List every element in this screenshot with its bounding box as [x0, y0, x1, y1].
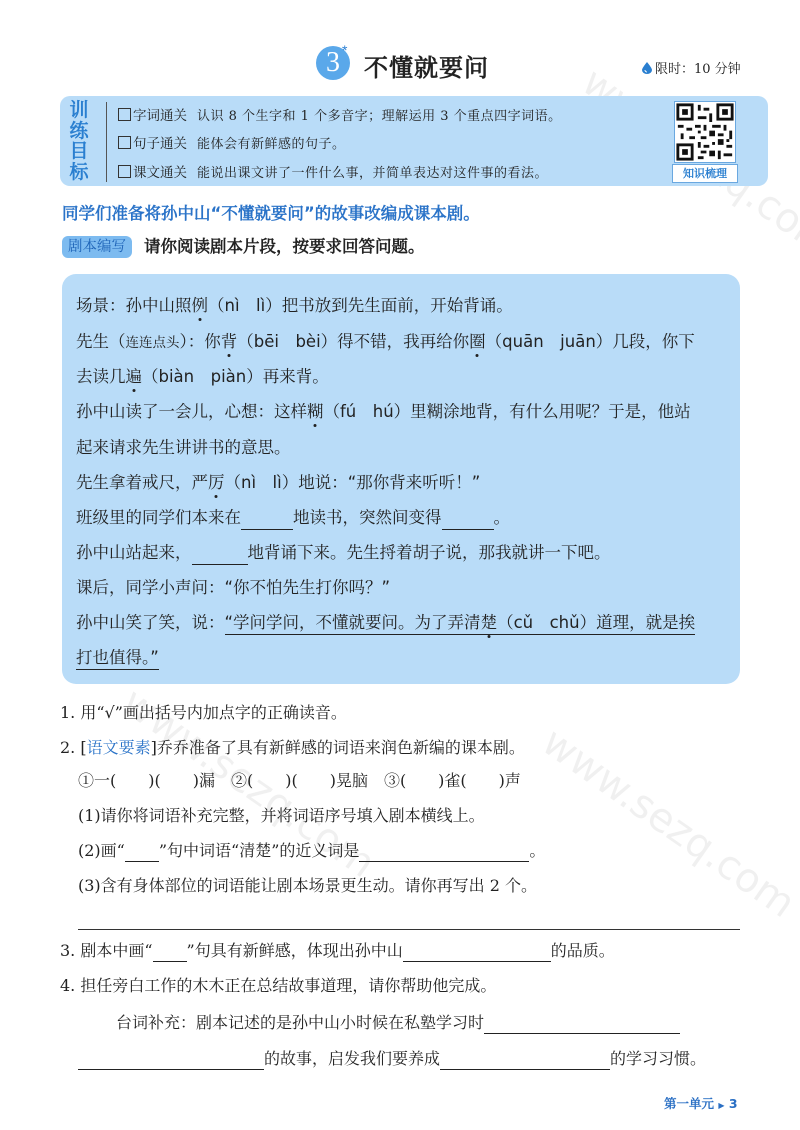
- question-2-1: (1)请你将词语补充完整，并将词语序号填入剧本横线上。: [78, 805, 485, 827]
- objectives-divider: [106, 102, 107, 182]
- objectives-label: 训 练 目 标: [68, 100, 90, 182]
- script-line: 去读几遍（biàn piàn）再来背。: [76, 365, 329, 389]
- answer-blank[interactable]: [241, 511, 293, 530]
- question-2: 2. [语文要素]乔乔准备了具有新鲜感的词语来润色新编的课本剧。: [60, 737, 525, 759]
- text: （quān juān）几段，你下: [486, 332, 695, 351]
- objective-desc: 能说出课文讲了一件什么事，并简单表达对这件事的看法。: [197, 162, 548, 181]
- time-limit-label: 限时：10 分钟: [655, 58, 741, 77]
- answer-blank[interactable]: [440, 1051, 610, 1070]
- text: ”句具有新鲜感，体现出孙中山: [187, 941, 403, 960]
- stage-direction: 连连点头: [126, 335, 180, 351]
- objective-item-text: 课文通关 能说出课文讲了一件什么事，并简单表达对这件事的看法。: [118, 161, 548, 181]
- checkbox[interactable]: [118, 165, 131, 178]
- script-line: 孙中山读了一会儿，心想：这样糊（fú hú）里糊涂地背，有什么用呢？于是，他站: [76, 400, 691, 424]
- dotted-char: 楚: [481, 613, 498, 632]
- qr-code[interactable]: [674, 101, 736, 163]
- question-2-3: (3)含有身体部位的词语能让剧本场景更生动。请你再写出 2 个。: [78, 875, 537, 897]
- text: 孙中山站起来，: [76, 543, 192, 562]
- objective-item-sentences: 句子通关 能体会有新鲜感的句子。: [118, 132, 346, 152]
- text: 。: [494, 508, 511, 527]
- script-line: 先生拿着戒尺，严厉（nì lì）地说：“那你背来听听！”: [76, 471, 480, 495]
- underlined-sentence: 打也值得。”: [76, 648, 159, 670]
- objectives-label-char: 练: [68, 121, 90, 142]
- text: （nì lì）把书放到先生面前，开始背诵。: [208, 296, 513, 315]
- qr-label: 知识梳理: [672, 164, 738, 183]
- objective-item-words: 字词通关 认识 8 个生字和 1 个多音字；理解运用 3 个重点四字词语。: [118, 104, 562, 124]
- qr-code-icon: [675, 102, 735, 162]
- answer-line[interactable]: [78, 929, 740, 930]
- script-line: 课后，同学小声问：“你不怕先生打你吗？”: [76, 576, 390, 600]
- text: 地读书，突然间变得: [293, 508, 442, 527]
- answer-blank[interactable]: [78, 1051, 264, 1070]
- triangle-right-icon: ▶: [718, 1101, 724, 1110]
- text: 。: [529, 841, 545, 860]
- lesson-star-mark: *: [342, 42, 347, 58]
- answer-blank[interactable]: [125, 843, 159, 862]
- objective-tag: 句子通关: [133, 132, 187, 152]
- script-line: 孙中山笑了笑，说：“学问学问，不懂就要问。为了弄清楚（cǔ chǔ）道理，就是挨: [76, 611, 695, 635]
- text: （fú hú）里糊涂地背，有什么用呢？于是，他站: [324, 402, 691, 421]
- question-4: 4. 担任旁白工作的木木正在总结故事道理，请你帮助他完成。: [60, 975, 496, 997]
- script-line: 先生（连连点头）：你背（bēi bèi）得不错，我再给你圈（quān juān）…: [76, 330, 695, 355]
- text: ）：你: [180, 332, 221, 351]
- objective-tag: 字词通关: [133, 104, 187, 124]
- dotted-char: 圈: [469, 332, 486, 351]
- text: 2. [: [60, 738, 87, 757]
- underlined-sentence: “学问学问，不懂就要问。为了弄清楚（cǔ chǔ）道理，就是挨: [225, 613, 696, 635]
- text: ]乔乔准备了具有新鲜感的词语来润色新编的课本剧。: [151, 738, 525, 757]
- text: 孙中山读了一会儿，心想：这样: [76, 402, 307, 421]
- answer-blank[interactable]: [153, 943, 187, 962]
- checkbox[interactable]: [118, 136, 131, 149]
- script-line: 打也值得。”: [76, 646, 159, 670]
- text: 去读几: [76, 367, 126, 386]
- page-number: 3: [729, 1096, 738, 1111]
- question-4-line-1: 台词补充：剧本记述的是孙中山小时候在私塾学习时: [116, 1012, 680, 1034]
- text: 孙中山笑了笑，说：: [76, 613, 225, 632]
- script-line: 起来请求先生讲讲书的意思。: [76, 436, 291, 460]
- time-limit: 限时：10 分钟: [642, 58, 741, 77]
- answer-blank[interactable]: [192, 546, 248, 565]
- text: 地背诵下来。先生捋着胡子说，那我就讲一下吧。: [248, 543, 611, 562]
- script-line: 场景：孙中山照例（nì lì）把书放到先生面前，开始背诵。: [76, 294, 513, 318]
- objectives-label-char: 训: [68, 100, 90, 121]
- dotted-char: 厉: [208, 473, 225, 492]
- question-2-words: ①一( )( )漏 ②( )( )晃脑 ③( )雀( )声: [78, 770, 521, 792]
- lesson-title: 不懂就要问: [364, 48, 489, 83]
- text: 台词补充：剧本记述的是孙中山小时候在私塾学习时: [116, 1013, 484, 1032]
- dotted-char: 背: [221, 332, 238, 351]
- text: （biàn piàn）再来背。: [142, 367, 329, 386]
- text: 的学习习惯。: [610, 1049, 706, 1068]
- text: ”句中词语“清楚”的近义词是: [159, 841, 360, 860]
- text: （cǔ chǔ）道理，就是挨: [497, 613, 695, 632]
- answer-blank[interactable]: [484, 1015, 680, 1034]
- section-instruction: 请你阅读剧本片段，按要求回答问题。: [144, 236, 425, 258]
- question-3: 3. 剧本中画“”句具有新鲜感，体现出孙中山的品质。: [60, 940, 615, 962]
- dotted-char: 遍: [126, 367, 143, 386]
- objectives-label-char: 标: [68, 162, 90, 183]
- answer-blank[interactable]: [359, 843, 529, 862]
- text: 的品质。: [551, 941, 615, 960]
- water-drop-icon: [642, 62, 652, 74]
- text: (2)画“: [78, 841, 125, 860]
- objective-desc: 认识 8 个生字和 1 个多音字；理解运用 3 个重点四字词语。: [197, 105, 562, 124]
- text: “学问学问，不懂就要问。为了弄清: [225, 613, 481, 632]
- text: 的故事，启发我们要养成: [264, 1049, 440, 1068]
- section-tag: 剧本编写: [62, 236, 132, 258]
- question-2-2: (2)画“”句中词语“清楚”的近义词是。: [78, 840, 545, 862]
- unit-label: 第一单元: [664, 1096, 714, 1111]
- objectives-label-char: 目: [68, 141, 90, 162]
- text: 场景：孙中山照: [76, 296, 192, 315]
- watermark: www.sezq.com: [534, 719, 800, 927]
- script-line: 孙中山站起来，地背诵下来。先生捋着胡子说，那我就讲一下吧。: [76, 541, 611, 565]
- page-footer: 第一单元 ▶ 3: [664, 1094, 738, 1112]
- question-4-line-2: 的故事，启发我们要养成的学习习惯。: [78, 1048, 706, 1070]
- objective-tag: 课文通关: [133, 161, 187, 181]
- text: 先生（: [76, 332, 126, 351]
- answer-blank[interactable]: [442, 511, 494, 530]
- text: 3. 剧本中画“: [60, 941, 153, 960]
- text: （bēi bèi）得不错，我再给你: [237, 332, 469, 351]
- checkbox[interactable]: [118, 108, 131, 121]
- text: （nì lì）地说：“那你背来听听！”: [225, 473, 481, 492]
- text: 班级里的同学们本来在: [76, 508, 241, 527]
- dotted-char: 糊: [307, 402, 324, 421]
- objective-desc: 能体会有新鲜感的句子。: [197, 133, 346, 152]
- question-1: 1. 用“√”画出括号内加点字的正确读音。: [60, 702, 347, 724]
- text: 先生拿着戒尺，严: [76, 473, 208, 492]
- script-line: 班级里的同学们本来在地读书，突然间变得。: [76, 506, 510, 530]
- answer-blank[interactable]: [403, 943, 551, 962]
- question-tag: 语文要素: [87, 738, 151, 757]
- intro-text: 同学们准备将孙中山“不懂就要问”的故事改编成课本剧。: [62, 200, 480, 224]
- dotted-char: 例: [192, 296, 209, 315]
